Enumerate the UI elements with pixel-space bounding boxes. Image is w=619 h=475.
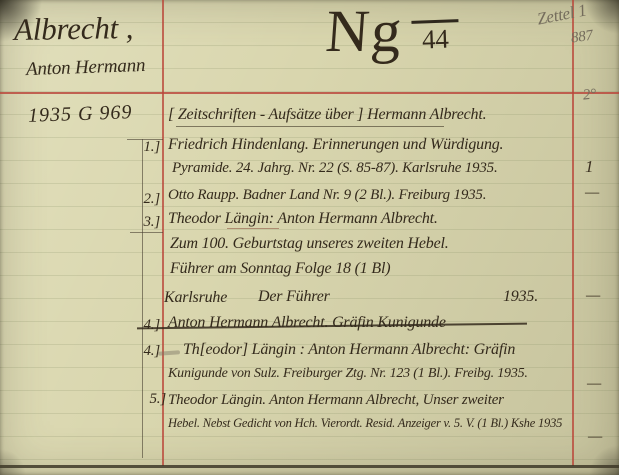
shelfmark-number: 44 — [411, 19, 459, 55]
catalog-card-scan: Albrecht , Anton Hermann Ng 44 Zettel 1 … — [0, 0, 619, 475]
entry-number: 1.] — [134, 139, 160, 156]
entry-line: Theodor Längin: Anton Hermann Albrecht. — [168, 210, 438, 228]
shelfmark-letters: Ng — [324, 0, 406, 64]
right-margin-rule — [572, 0, 574, 466]
bottom-rule — [0, 465, 619, 468]
entry-line: Pyramide. 24. Jahrg. Nr. 22 (S. 85-87). … — [172, 160, 498, 177]
entry-line: Theodor Längin. Anton Hermann Albrecht, … — [168, 392, 504, 409]
entry-number: 5.] — [140, 391, 166, 408]
entry-line-struck: Anton Hermann Albrecht. Gräfin Kunigunde — [168, 314, 446, 332]
entry-line: Führer am Sonntag Folge 18 (1 Bl) — [170, 260, 390, 278]
pencil-running-number: 887 — [570, 28, 594, 47]
tally-mark: — — [588, 428, 602, 446]
header-rule — [0, 92, 619, 94]
heading-surname: Albrecht , — [14, 11, 134, 47]
tally-mark: — — [585, 184, 599, 202]
entry-line: Friedrich Hindenlang. Erinnerungen und W… — [168, 136, 503, 154]
imprint-place: Karlsruhe — [164, 289, 227, 307]
entry-number: 2.] — [134, 191, 160, 208]
name-underline — [227, 228, 279, 229]
entry-bracket-tick-mid — [130, 232, 163, 233]
entry-bracket-line — [142, 139, 143, 458]
tally-mark: — — [587, 375, 601, 393]
imprint-publisher: Der Führer — [258, 288, 330, 306]
heading-forenames: Anton Hermann — [26, 56, 146, 81]
entry-number: 4.] — [134, 343, 160, 360]
title-line: [ Zeitschriften - Aufsätze über ] Herman… — [168, 106, 486, 124]
tally-mark: 1 — [585, 158, 593, 177]
entry-line: Hebel. Nebst Gedicht von Hch. Vierordt. … — [168, 417, 562, 431]
entry-line: Otto Raupp. Badner Land Nr. 9 (2 Bl.). F… — [168, 187, 486, 204]
entry-line: Zum 100. Geburtstag unseres zweiten Hebe… — [170, 235, 449, 253]
entry-line: Kunigunde von Sulz. Freiburger Ztg. Nr. … — [168, 366, 528, 381]
tally-mark: — — [586, 287, 600, 305]
imprint-year: 1935. — [503, 288, 538, 306]
format-mark: 2° — [582, 86, 597, 104]
entry-number-struck: 4.] — [134, 317, 160, 334]
title-underline — [176, 126, 444, 127]
entry-number: 3.] — [134, 214, 160, 231]
call-number: 1935 G 969 — [28, 101, 133, 127]
entry-line: Th[eodor] Längin : Anton Hermann Albrech… — [183, 341, 515, 359]
